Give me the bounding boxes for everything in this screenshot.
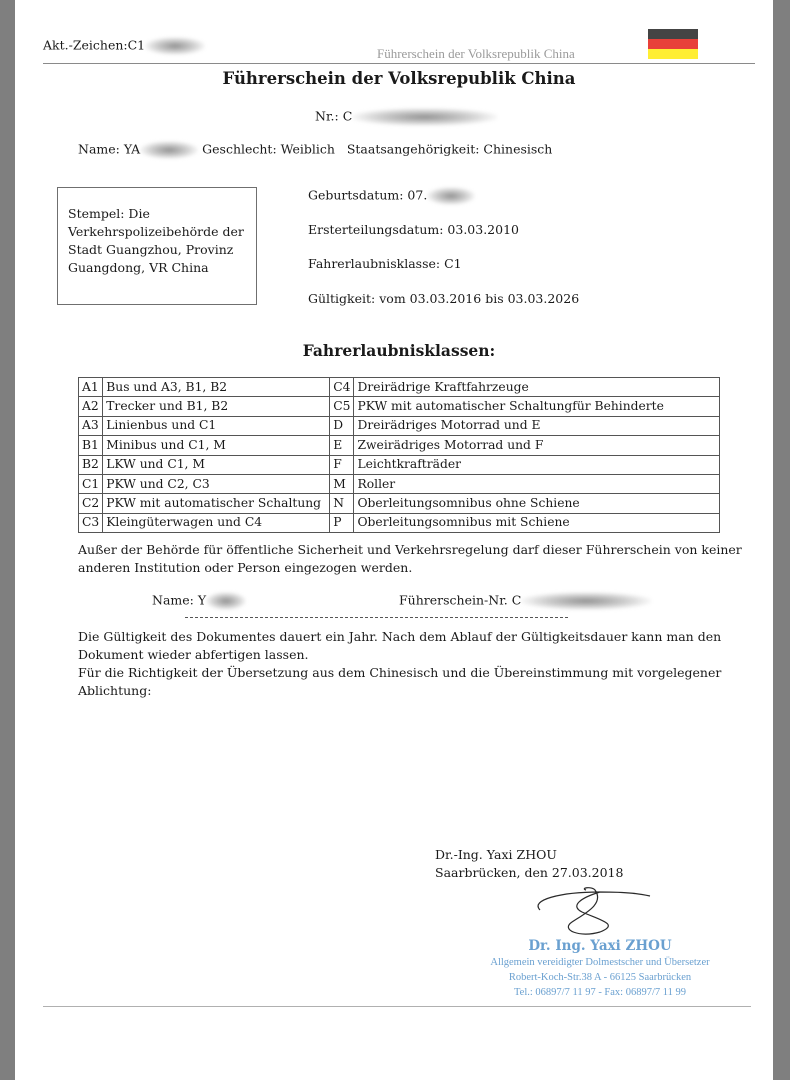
license-number: Nr.: C bbox=[315, 108, 497, 126]
name-value: YA bbox=[124, 142, 140, 157]
file-reference-label: Akt.-Zeichen:C1 bbox=[43, 38, 145, 53]
class-description: PKW und C2, C3 bbox=[103, 474, 330, 493]
class-description: Trecker und B1, B2 bbox=[103, 397, 330, 416]
class-description: Roller bbox=[354, 474, 720, 493]
first-issue-date: Ersterteilungsdatum: 03.03.2010 bbox=[308, 222, 519, 237]
table-row: C2PKW mit automatischer SchaltungNOberle… bbox=[79, 494, 720, 513]
class-description: Leichtkrafträder bbox=[354, 455, 720, 474]
handwritten-signature-icon bbox=[520, 884, 670, 940]
table-row: A2Trecker und B1, B2C5PKW mit automatisc… bbox=[79, 397, 720, 416]
class-code: B2 bbox=[79, 455, 103, 474]
class-code: A3 bbox=[79, 416, 103, 435]
authority-stamp-box: Stempel: Die Verkehrspolizeibehörde der … bbox=[57, 187, 257, 305]
document-page: Akt.-Zeichen:C1 Führerschein der Volksre… bbox=[15, 0, 773, 1080]
class-code: N bbox=[330, 494, 354, 513]
class-description: Oberleitungsomnibus ohne Schiene bbox=[354, 494, 720, 513]
class-description: Bus und A3, B1, B2 bbox=[103, 378, 330, 397]
nationality: Staatsangehörigkeit: Chinesisch bbox=[347, 142, 553, 157]
license-class: Fahrerlaubnisklasse: C1 bbox=[308, 256, 462, 271]
redaction bbox=[352, 108, 497, 126]
classes-heading: Fahrerlaubnisklassen: bbox=[15, 341, 783, 360]
table-row: C1PKW und C2, C3MRoller bbox=[79, 474, 720, 493]
confiscation-note: Außer der Behörde für öffentliche Sicher… bbox=[78, 541, 748, 577]
class-code: E bbox=[330, 436, 354, 455]
class-code: F bbox=[330, 455, 354, 474]
class-description: Kleingüterwagen und C4 bbox=[103, 513, 330, 532]
license-number-value: C bbox=[343, 109, 353, 124]
class-code: C4 bbox=[330, 378, 354, 397]
birth-date: Geburtsdatum: 07. bbox=[308, 187, 475, 205]
translator-stamp: Dr. Ing. Yaxi ZHOU Allgemein vereidigter… bbox=[435, 937, 765, 1000]
class-code: C5 bbox=[330, 397, 354, 416]
certification-note: Für die Richtigkeit der Übersetzung aus … bbox=[78, 664, 748, 700]
table-row: B2LKW und C1, MFLeichtkrafträder bbox=[79, 455, 720, 474]
class-code: C1 bbox=[79, 474, 103, 493]
signature-name: Name: Y bbox=[152, 592, 246, 610]
class-description: Minibus und C1, M bbox=[103, 436, 330, 455]
stamp-address: Robert-Koch-Str.38 A - 66125 Saarbrücken bbox=[435, 970, 765, 985]
signature-name-label: Name: Y bbox=[152, 593, 206, 608]
table-row: A1Bus und A3, B1, B2C4Dreirädrige Kraftf… bbox=[79, 378, 720, 397]
stamp-name: Dr. Ing. Yaxi ZHOU bbox=[435, 937, 765, 955]
translator-name: Dr.-Ing. Yaxi ZHOU bbox=[435, 846, 623, 864]
redaction bbox=[521, 592, 651, 610]
signature-license-label: Führerschein-Nr. C bbox=[399, 593, 521, 608]
place-date: Saarbrücken, den 27.03.2018 bbox=[435, 864, 623, 882]
name-label: Name: bbox=[78, 142, 120, 157]
table-row: C3Kleingüterwagen und C4POberleitungsomn… bbox=[79, 513, 720, 532]
redaction bbox=[427, 187, 475, 205]
class-code: B1 bbox=[79, 436, 103, 455]
header-divider bbox=[43, 63, 755, 64]
footer-divider bbox=[43, 1006, 751, 1007]
class-description: PKW mit automatischer Schaltung bbox=[103, 494, 330, 513]
class-code: D bbox=[330, 416, 354, 435]
class-code: C2 bbox=[79, 494, 103, 513]
stamp-phone: Tel.: 06897/7 11 97 - Fax: 06897/7 11 99 bbox=[435, 985, 765, 1000]
translator-signature-block: Dr.-Ing. Yaxi ZHOU Saarbrücken, den 27.0… bbox=[435, 846, 623, 882]
gender: Geschlecht: Weiblich bbox=[202, 142, 335, 157]
redaction bbox=[145, 37, 205, 55]
class-description: Oberleitungsomnibus mit Schiene bbox=[354, 513, 720, 532]
german-flag-icon bbox=[648, 29, 698, 59]
class-code: C3 bbox=[79, 513, 103, 532]
redaction bbox=[140, 141, 198, 159]
class-description: Zweirädriges Motorrad und F bbox=[354, 436, 720, 455]
stamp-title: Allgemein vereidigter Dolmestscher und Ü… bbox=[435, 955, 765, 970]
table-row: A3Linienbus und C1DDreirädriges Motorrad… bbox=[79, 416, 720, 435]
validity-period: Gültigkeit: vom 03.03.2016 bis 03.03.202… bbox=[308, 291, 579, 306]
table-row: B1Minibus und C1, MEZweirädriges Motorra… bbox=[79, 436, 720, 455]
class-description: Linienbus und C1 bbox=[103, 416, 330, 435]
class-code: M bbox=[330, 474, 354, 493]
file-reference: Akt.-Zeichen:C1 bbox=[43, 37, 205, 55]
birth-date-value: Geburtsdatum: 07. bbox=[308, 188, 427, 203]
license-number-label: Nr.: bbox=[315, 109, 339, 124]
personal-info-line: Name: YA Geschlecht: Weiblich Staatsange… bbox=[78, 141, 552, 159]
document-title: Führerschein der Volksrepublik China bbox=[15, 69, 783, 88]
class-description: Dreirädrige Kraftfahrzeuge bbox=[354, 378, 720, 397]
redaction bbox=[206, 592, 246, 610]
class-code: A1 bbox=[79, 378, 103, 397]
header-subtitle: Führerschein der Volksrepublik China bbox=[377, 46, 575, 62]
validity-note: Die Gültigkeit des Dokumentes dauert ein… bbox=[78, 628, 748, 664]
class-code: A2 bbox=[79, 397, 103, 416]
class-description: PKW mit automatischer Schaltungfür Behin… bbox=[354, 397, 720, 416]
class-description: Dreirädriges Motorrad und E bbox=[354, 416, 720, 435]
signature-dashed-line bbox=[185, 617, 568, 618]
class-code: P bbox=[330, 513, 354, 532]
license-classes-table: A1Bus und A3, B1, B2C4Dreirädrige Kraftf… bbox=[78, 377, 720, 533]
class-description: LKW und C1, M bbox=[103, 455, 330, 474]
signature-license-number: Führerschein-Nr. C bbox=[399, 592, 651, 610]
